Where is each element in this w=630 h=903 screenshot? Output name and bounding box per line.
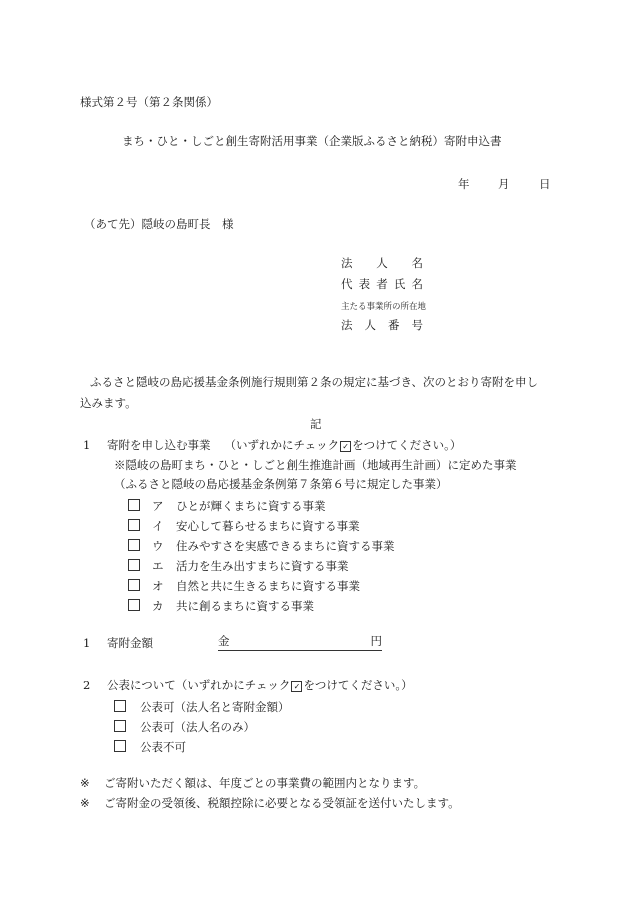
applicant-corporate-name[interactable]: 法人名 — [341, 258, 423, 270]
checkbox-icon[interactable] — [114, 700, 126, 712]
checkbox-icon[interactable] — [114, 720, 126, 732]
addressee: （あて先）隠岐の島町長 様 — [84, 219, 234, 231]
option-label: ひとが輝くまちに資する事業 — [176, 499, 326, 513]
corporate-number-label: 法人番号 — [341, 320, 423, 332]
option-label: 公表可（法人名と寄附金額） — [140, 700, 290, 714]
project-option-a[interactable]: アひとが輝くまちに資する事業 — [128, 499, 326, 513]
section1-instruction-post: をつけてください。） — [352, 438, 461, 452]
footnote-text: ご寄附金の受領後、税額控除に必要となる受領証を送付いたします。 — [104, 796, 460, 810]
option-kana: ウ — [152, 541, 176, 553]
ki-heading: 記 — [310, 419, 322, 431]
section2-label-pre: 公表について（いずれかにチェック — [107, 678, 290, 692]
checkbox-icon[interactable] — [128, 539, 140, 551]
ordinance-note: （ふるさと隠岐の島応援基金条例第７条第６号に規定した事業） — [114, 479, 448, 491]
publication-option-not-allowed[interactable]: 公表不可 — [114, 740, 186, 754]
checkbox-icon[interactable] — [114, 740, 126, 752]
intro-text-line1: ふるさと隠岐の島応援基金条例施行規則第２条の規定に基づき、次のとおり寄附を申し — [90, 377, 538, 389]
amount-number: 1 — [83, 638, 107, 650]
checkbox-checked-icon: ✓ — [340, 441, 351, 452]
option-label: 自然と共に生きるまちに資する事業 — [176, 579, 360, 593]
option-label: 活力を生み出すまちに資する事業 — [176, 559, 349, 573]
reference-mark: ※ — [80, 778, 104, 790]
amount-heading: 1寄附金額 — [83, 638, 153, 650]
plan-note: ※隠岐の島町まち・ひと・しごと創生推進計画（地域再生計画）に定めた事業 — [114, 460, 517, 472]
date-month-label: 月 — [498, 179, 510, 191]
footnote-text: ご寄附いただく額は、年度ごとの事業費の範囲内となります。 — [104, 776, 425, 790]
footnote-2: ※ご寄附金の受領後、税額控除に必要となる受領証を送付いたします。 — [80, 798, 460, 810]
amount-prefix: 金 — [218, 636, 230, 648]
project-option-i[interactable]: イ安心して暮らせるまちに資する事業 — [128, 519, 360, 533]
section1-instruction-pre: （いずれかにチェック — [225, 438, 340, 452]
checkbox-icon[interactable] — [128, 499, 140, 511]
option-kana: エ — [152, 561, 176, 573]
option-label: 共に創るまちに資する事業 — [176, 599, 314, 613]
section1-heading: 1寄附を申し込む事業（いずれかにチェック✓をつけてください。） — [83, 440, 461, 452]
intro-text-line2: 込みます。 — [80, 398, 137, 410]
section2-heading: 2公表について（いずれかにチェック✓をつけてください。） — [83, 680, 413, 692]
form-number: 様式第２号（第２条関係） — [80, 97, 218, 109]
date-year-label: 年 — [458, 179, 470, 191]
applicant-address[interactable]: 主たる事業所の所在地 — [341, 300, 423, 312]
address-label: 主たる事業所の所在地 — [341, 303, 423, 312]
option-label: 安心して暮らせるまちに資する事業 — [176, 519, 360, 533]
amount-suffix: 円 — [371, 636, 383, 648]
publication-option-name-only[interactable]: 公表可（法人名のみ） — [114, 720, 255, 734]
footnote-1: ※ご寄附いただく額は、年度ごとの事業費の範囲内となります。 — [80, 778, 425, 790]
date-day-label: 日 — [539, 179, 551, 191]
section1-label: 寄附を申し込む事業 — [107, 438, 211, 452]
option-kana: オ — [152, 581, 176, 593]
option-label: 公表不可 — [140, 740, 186, 754]
document-title: まち・ひと・しごと創生寄附活用事業（企業版ふるさと納税）寄附申込書 — [122, 136, 502, 148]
project-option-o[interactable]: オ自然と共に生きるまちに資する事業 — [128, 579, 360, 593]
project-option-ka[interactable]: カ共に創るまちに資する事業 — [128, 599, 314, 613]
amount-input[interactable]: 金 円 — [218, 636, 382, 651]
project-option-u[interactable]: ウ住みやすさを実感できるまちに資する事業 — [128, 539, 395, 553]
option-label: 公表可（法人名のみ） — [140, 720, 255, 734]
checkbox-icon[interactable] — [128, 579, 140, 591]
option-kana: イ — [152, 521, 176, 533]
representative-name-label: 代表者氏名 — [341, 279, 423, 291]
corporate-name-label: 法人名 — [341, 258, 423, 270]
option-label: 住みやすさを実感できるまちに資する事業 — [176, 539, 395, 553]
reference-mark: ※ — [80, 798, 104, 810]
publication-option-name-and-amount[interactable]: 公表可（法人名と寄附金額） — [114, 700, 290, 714]
option-kana: カ — [152, 601, 176, 613]
section1-number: 1 — [83, 440, 107, 452]
applicant-corporate-number[interactable]: 法人番号 — [341, 320, 423, 332]
project-option-e[interactable]: エ活力を生み出すまちに資する事業 — [128, 559, 349, 573]
checkbox-icon[interactable] — [128, 519, 140, 531]
section2-label-post: をつけてください。） — [303, 678, 412, 692]
option-kana: ア — [152, 501, 176, 513]
checkbox-icon[interactable] — [128, 599, 140, 611]
section2-number: 2 — [83, 680, 107, 692]
amount-label: 寄附金額 — [107, 636, 153, 650]
checkbox-icon[interactable] — [128, 559, 140, 571]
applicant-representative-name[interactable]: 代表者氏名 — [341, 279, 423, 291]
checkbox-checked-icon: ✓ — [291, 681, 302, 692]
